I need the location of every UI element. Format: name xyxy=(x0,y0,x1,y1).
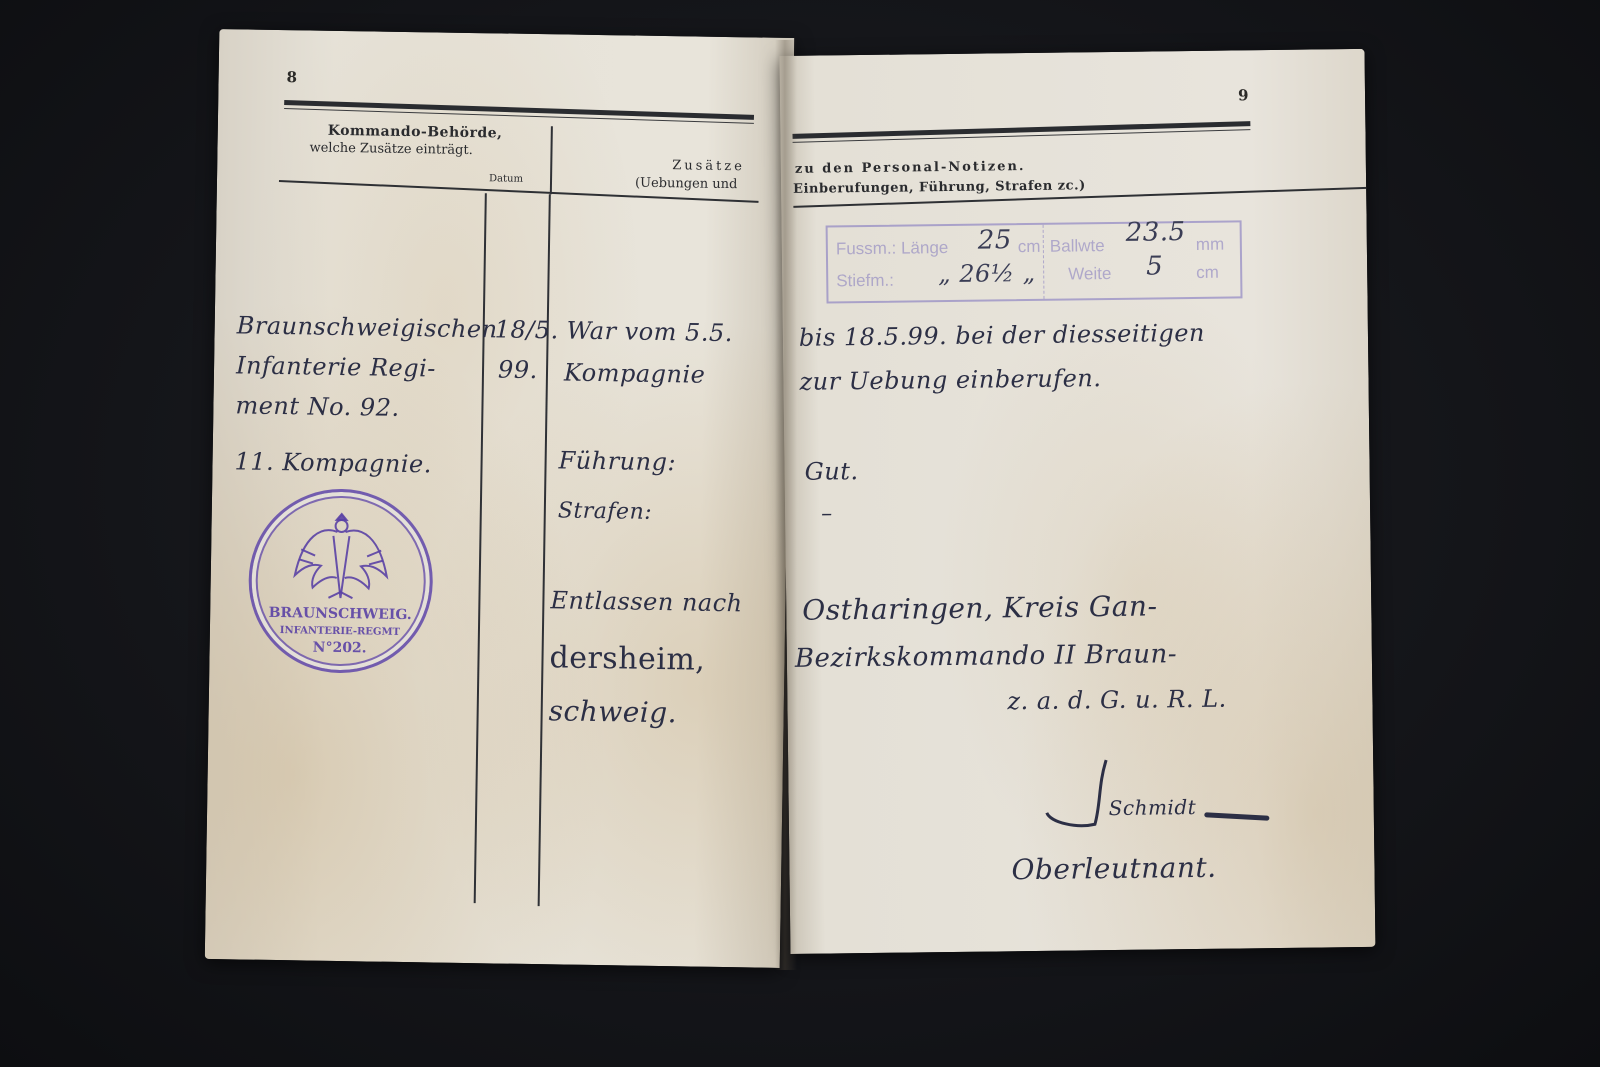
ball-width-value: 23.5 xyxy=(1126,217,1186,248)
ball-width-label: Ballwte xyxy=(1050,236,1105,257)
foot-length-label: Fussm.: Länge xyxy=(836,238,949,259)
entry-line-7: z. a. d. G. u. R. L. xyxy=(1007,685,1227,716)
authority-line-2: Infanterie Regi- xyxy=(236,351,436,382)
entry-conduct: Gut. xyxy=(804,457,858,486)
eagle-icon xyxy=(280,505,402,607)
notes-line-3: Führung: xyxy=(558,446,676,476)
notes-line-4: Strafen: xyxy=(558,498,653,524)
width-value: 5 xyxy=(1146,251,1163,281)
authority-line-4: 11. Kompagnie. xyxy=(234,447,432,478)
col-authority-subtitle: welche Zusätze einträgt. xyxy=(309,140,472,158)
page-number-right: 9 xyxy=(1238,86,1249,104)
entry-punishments: – xyxy=(821,501,833,526)
personal-notes-subtitle: Einberufungen, Führung, Strafen zc.) xyxy=(793,178,1086,197)
foot-length-unit: cm xyxy=(1018,237,1041,257)
notes-line-1: War vom 5.5. xyxy=(566,317,733,348)
date-column-line xyxy=(474,193,487,903)
stamp-divider xyxy=(1043,225,1045,299)
col-additions-subtitle: (Uebungen und xyxy=(635,176,738,193)
notes-line-7: schweig. xyxy=(548,694,677,729)
boot-size-label: Stiefm.: xyxy=(836,271,894,292)
entry-line-5: Ostharingen, Kreis Gan- xyxy=(802,589,1158,626)
width-label: Weite xyxy=(1068,264,1111,285)
authority-line-3: ment No. 92. xyxy=(235,391,400,422)
col-additions-title: Zusätze xyxy=(672,158,745,174)
entry-line-2: zur Uebung einberufen. xyxy=(799,364,1101,396)
signature-rank: Oberleutnant. xyxy=(1011,851,1216,887)
stamp-line-2: INFANTERIE-REGMT xyxy=(251,625,429,639)
entry-line-1: bis 18.5.99. bei der diesseitigen xyxy=(799,319,1205,352)
notes-column-line xyxy=(538,194,551,906)
col-date-label: Datum xyxy=(489,173,523,185)
left-page: 8 Kommando-Behörde, welche Zusätze eintr… xyxy=(205,29,795,968)
foot-length-value: 25 xyxy=(978,225,1012,255)
page-number-left: 8 xyxy=(286,68,297,86)
boot-size-value: „ 26½ „ xyxy=(938,259,1036,288)
measurement-stamp: Fussm.: Länge 25 cm Ballwte 23.5 mm Stie… xyxy=(826,220,1243,303)
right-page: 9 zu den Personal-Notizen. Einberufungen… xyxy=(780,49,1376,954)
stamp-line-1: BRAUNSCHWEIG. xyxy=(251,605,429,624)
regimental-stamp: BRAUNSCHWEIG. INFANTERIE-REGMT N°202. xyxy=(247,488,434,675)
date-line-1: 18/5. xyxy=(494,315,558,344)
authority-line-1: Braunschweigischen xyxy=(237,311,498,343)
ball-width-unit: mm xyxy=(1196,235,1225,255)
header-divider xyxy=(550,126,553,194)
entry-line-6: Bezirkskommando II Braun- xyxy=(795,639,1178,674)
personal-notes-title: zu den Personal-Notizen. xyxy=(795,159,1026,177)
signature-name: Schmidt xyxy=(1109,795,1197,820)
notes-line-5: Entlassen nach xyxy=(550,586,743,617)
notes-line-2: Kompagnie xyxy=(564,358,706,388)
stamp-line-3: N°202. xyxy=(251,639,429,658)
notes-line-6: dersheim, xyxy=(549,640,705,677)
col-authority-title: Kommando-Behörde, xyxy=(328,123,503,142)
width-unit: cm xyxy=(1196,263,1219,283)
date-line-2: 99. xyxy=(498,355,538,384)
